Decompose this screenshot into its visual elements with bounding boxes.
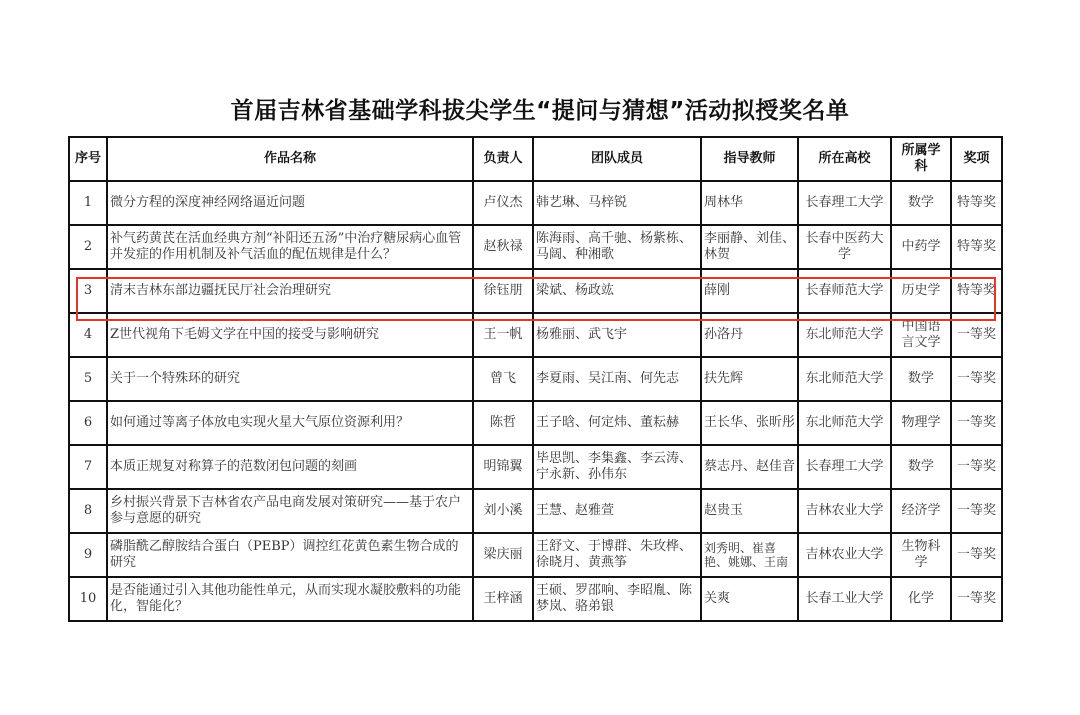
cell-no: 8 xyxy=(69,489,107,533)
cell-members: 王子晗、何定炜、董耘赫 xyxy=(533,401,701,445)
cell-no: 7 xyxy=(69,445,107,489)
header-no: 序号 xyxy=(69,137,107,181)
cell-award: 一等奖 xyxy=(951,489,1002,533)
awards-table: 序号 作品名称 负责人 团队成员 指导教师 所在高校 所属学科 奖项 1 微分方… xyxy=(68,136,1003,622)
cell-no: 1 xyxy=(69,181,107,225)
cell-award: 特等奖 xyxy=(951,181,1002,225)
cell-no: 10 xyxy=(69,577,107,621)
table-row: 7 本质正规复对称算子的范数闭包问题的刻画 明锦翼 毕思凯、李集鑫、李云涛、宁永… xyxy=(69,445,1002,489)
table-row: 5 关于一个特殊环的研究 曾飞 李夏雨、吴江南、何先志 扶先辉 东北师范大学 数… xyxy=(69,357,1002,401)
cell-school: 长春中医药大学 xyxy=(798,225,891,269)
cell-no: 3 xyxy=(69,269,107,313)
cell-leader: 徐钰朋 xyxy=(473,269,533,313)
cell-school: 东北师范大学 xyxy=(798,313,891,357)
cell-leader: 曾飞 xyxy=(473,357,533,401)
cell-advisor: 李丽静、刘佳、林贺 xyxy=(701,225,798,269)
cell-leader: 梁庆丽 xyxy=(473,533,533,577)
cell-award: 一等奖 xyxy=(951,401,1002,445)
document-title: 首届吉林省基础学科拔尖学生“提问与猜想”活动拟授奖名单 xyxy=(0,92,1080,125)
cell-title: 关于一个特殊环的研究 xyxy=(107,357,473,401)
cell-title: 如何通过等离子体放电实现火星大气原位资源利用？ xyxy=(107,401,473,445)
cell-award: 一等奖 xyxy=(951,445,1002,489)
cell-award: 一等奖 xyxy=(951,577,1002,621)
cell-subject: 数学 xyxy=(891,357,951,401)
cell-leader: 王一帆 xyxy=(473,313,533,357)
cell-award: 特等奖 xyxy=(951,225,1002,269)
cell-leader: 王梓涵 xyxy=(473,577,533,621)
cell-no: 2 xyxy=(69,225,107,269)
table-row: 2 补气药黄芪在活血经典方剂“补阳还五汤”中治疗糖尿病心血管并发症的作用机制及补… xyxy=(69,225,1002,269)
cell-no: 4 xyxy=(69,313,107,357)
cell-subject: 化学 xyxy=(891,577,951,621)
cell-members: 王慧、赵雅萱 xyxy=(533,489,701,533)
cell-advisor: 孙洛丹 xyxy=(701,313,798,357)
cell-subject: 经济学 xyxy=(891,489,951,533)
cell-members: 王舒文、于博群、朱玫桦、徐晓月、黄燕筝 xyxy=(533,533,701,577)
cell-leader: 卢仪杰 xyxy=(473,181,533,225)
table-row: 9 磷脂酰乙醇胺结合蛋白（PEBP）调控红花黄色素生物合成的研究 梁庆丽 王舒文… xyxy=(69,533,1002,577)
table-row: 10 是否能通过引入其他功能性单元，从而实现水凝胶敷料的功能化，智能化？ 王梓涵… xyxy=(69,577,1002,621)
cell-school: 长春工业大学 xyxy=(798,577,891,621)
cell-title: 是否能通过引入其他功能性单元，从而实现水凝胶敷料的功能化，智能化？ xyxy=(107,577,473,621)
cell-title: 微分方程的深度神经网络逼近问题 xyxy=(107,181,473,225)
cell-leader: 明锦翼 xyxy=(473,445,533,489)
cell-school: 长春理工大学 xyxy=(798,181,891,225)
cell-no: 9 xyxy=(69,533,107,577)
header-school: 所在高校 xyxy=(798,137,891,181)
header-members: 团队成员 xyxy=(533,137,701,181)
cell-advisor: 王长华、张昕彤 xyxy=(701,401,798,445)
cell-title: 本质正规复对称算子的范数闭包问题的刻画 xyxy=(107,445,473,489)
cell-advisor: 薛刚 xyxy=(701,269,798,313)
header-title: 作品名称 xyxy=(107,137,473,181)
cell-subject: 中药学 xyxy=(891,225,951,269)
cell-advisor: 刘秀明、崔喜艳、姚娜、王南 xyxy=(701,533,798,577)
cell-school: 吉林农业大学 xyxy=(798,489,891,533)
cell-advisor: 扶先辉 xyxy=(701,357,798,401)
table-row: 4 Z世代视角下毛姆文学在中国的接受与影响研究 王一帆 杨雅丽、武飞宇 孙洛丹 … xyxy=(69,313,1002,357)
cell-subject: 历史学 xyxy=(891,269,951,313)
cell-advisor: 关爽 xyxy=(701,577,798,621)
cell-subject: 物理学 xyxy=(891,401,951,445)
cell-members: 韩艺琳、马梓锐 xyxy=(533,181,701,225)
header-row: 序号 作品名称 负责人 团队成员 指导教师 所在高校 所属学科 奖项 xyxy=(69,137,1002,181)
cell-school: 长春理工大学 xyxy=(798,445,891,489)
cell-award: 一等奖 xyxy=(951,533,1002,577)
header-award: 奖项 xyxy=(951,137,1002,181)
cell-award: 一等奖 xyxy=(951,357,1002,401)
cell-members: 李夏雨、吴江南、何先志 xyxy=(533,357,701,401)
cell-advisor: 赵贵玉 xyxy=(701,489,798,533)
cell-advisor: 周林华 xyxy=(701,181,798,225)
cell-title: Z世代视角下毛姆文学在中国的接受与影响研究 xyxy=(107,313,473,357)
table-row: 1 微分方程的深度神经网络逼近问题 卢仪杰 韩艺琳、马梓锐 周林华 长春理工大学… xyxy=(69,181,1002,225)
cell-leader: 刘小溪 xyxy=(473,489,533,533)
table-row: 8 乡村振兴背景下吉林省农产品电商发展对策研究——基于农户参与意愿的研究 刘小溪… xyxy=(69,489,1002,533)
cell-school: 东北师范大学 xyxy=(798,401,891,445)
cell-members: 梁斌、杨政竑 xyxy=(533,269,701,313)
header-advisor: 指导教师 xyxy=(701,137,798,181)
cell-members: 杨雅丽、武飞宇 xyxy=(533,313,701,357)
cell-subject: 数学 xyxy=(891,181,951,225)
cell-title: 乡村振兴背景下吉林省农产品电商发展对策研究——基于农户参与意愿的研究 xyxy=(107,489,473,533)
cell-no: 5 xyxy=(69,357,107,401)
table-row-highlighted: 3 清末吉林东部边疆抚民厅社会治理研究 徐钰朋 梁斌、杨政竑 薛刚 长春师范大学… xyxy=(69,269,1002,313)
cell-members: 陈海雨、高千驰、杨紫栋、马阔、种湘歌 xyxy=(533,225,701,269)
cell-subject: 数学 xyxy=(891,445,951,489)
cell-subject: 生物科学 xyxy=(891,533,951,577)
cell-school: 东北师范大学 xyxy=(798,357,891,401)
cell-leader: 陈哲 xyxy=(473,401,533,445)
cell-title: 清末吉林东部边疆抚民厅社会治理研究 xyxy=(107,269,473,313)
cell-leader: 赵秋禄 xyxy=(473,225,533,269)
cell-school: 吉林农业大学 xyxy=(798,533,891,577)
cell-no: 6 xyxy=(69,401,107,445)
cell-title: 补气药黄芪在活血经典方剂“补阳还五汤”中治疗糖尿病心血管并发症的作用机制及补气活… xyxy=(107,225,473,269)
header-leader: 负责人 xyxy=(473,137,533,181)
table-row: 6 如何通过等离子体放电实现火星大气原位资源利用？ 陈哲 王子晗、何定炜、董耘赫… xyxy=(69,401,1002,445)
cell-school: 长春师范大学 xyxy=(798,269,891,313)
cell-advisor: 蔡志丹、赵佳音 xyxy=(701,445,798,489)
header-subject: 所属学科 xyxy=(891,137,951,181)
cell-subject: 中国语言文学 xyxy=(891,313,951,357)
cell-award: 特等奖 xyxy=(951,269,1002,313)
cell-members: 毕思凯、李集鑫、李云涛、宁永新、孙伟东 xyxy=(533,445,701,489)
cell-award: 一等奖 xyxy=(951,313,1002,357)
cell-members: 王硕、罗邵响、李昭胤、陈梦岚、骆弟银 xyxy=(533,577,701,621)
cell-title: 磷脂酰乙醇胺结合蛋白（PEBP）调控红花黄色素生物合成的研究 xyxy=(107,533,473,577)
